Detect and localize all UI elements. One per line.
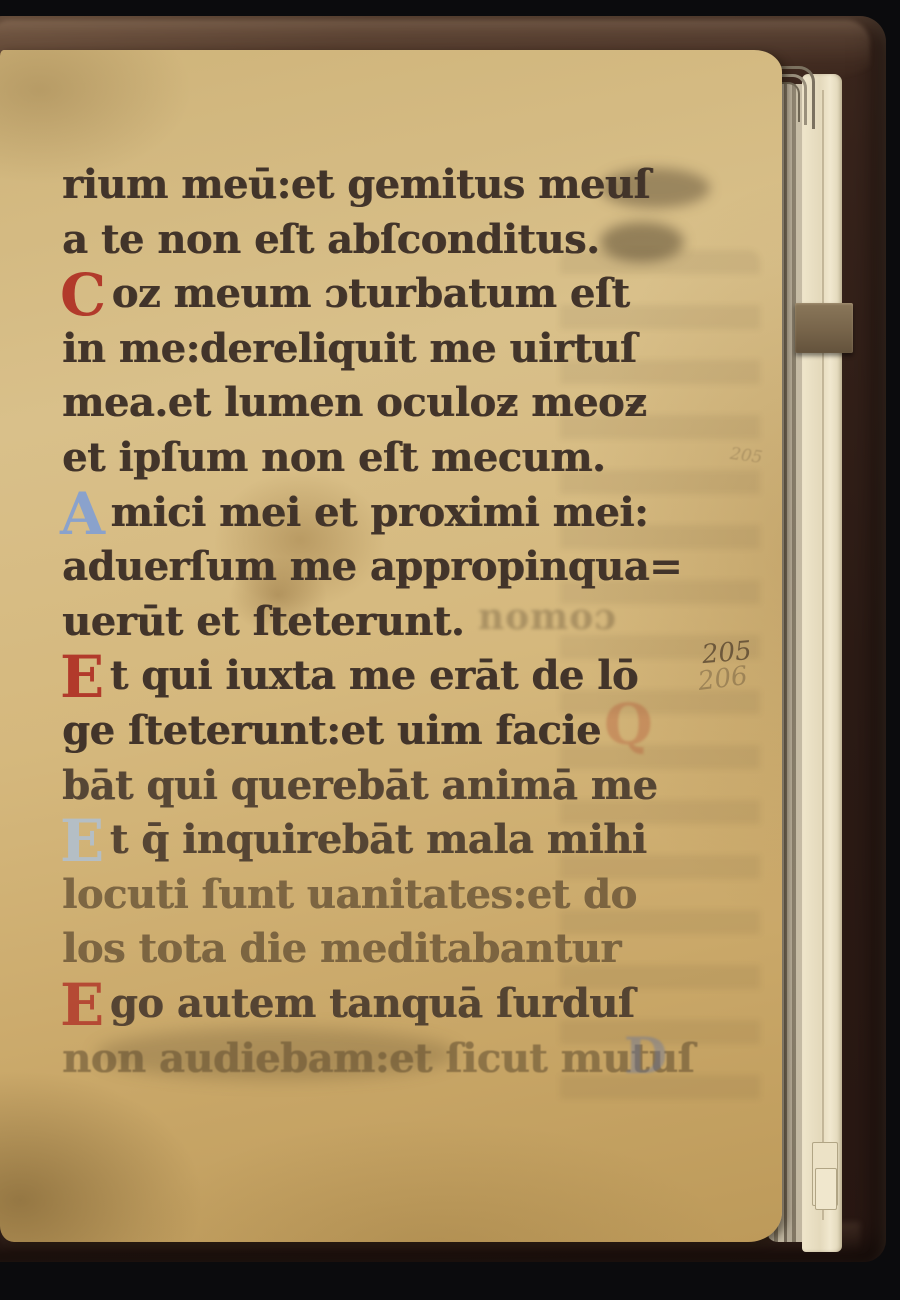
illuminated-initial-pale-blue: E <box>60 819 104 863</box>
line-text: oz meum ɔturbatum eſt <box>112 270 630 317</box>
line-text: bāt qui querebāt animā me <box>62 762 657 809</box>
line-text: go autem tanquā ſurduſ <box>110 980 635 1027</box>
text-line: a te non eſt abſconditus. <box>62 213 762 268</box>
text-line: ge ſteterunt:et uim facie <box>62 704 762 759</box>
line-text: t qui iuxta me erāt de lō <box>110 652 638 699</box>
line-text: non audiebam:et ſicut mutuſ <box>62 1035 694 1082</box>
text-line: mea.et lumen oculoƶ meoƶ <box>62 376 762 431</box>
text-line: locuti ſunt uanitates:et do <box>62 868 762 923</box>
text-line: los tota die meditabantur <box>62 922 762 977</box>
show-through-red-letter: Q <box>604 692 653 758</box>
illuminated-initial-red: E <box>60 983 104 1027</box>
text-line: aduerſum me appropinqua= <box>62 540 762 595</box>
line-text: ge ſteterunt:et uim facie <box>62 707 601 754</box>
paper-slip-inner <box>815 1168 837 1210</box>
line-text: rium meū:et gemitus meuſ <box>62 161 650 208</box>
line-text: locuti ſunt uanitates:et do <box>62 871 637 918</box>
line-text: in me:dereliquit me uirtuſ <box>62 325 637 372</box>
line-text: a te non eſt abſconditus. <box>62 216 599 263</box>
text-line: Ego autem tanquā ſurduſ <box>62 977 762 1032</box>
line-text: mea.et lumen oculoƶ meoƶ <box>62 379 646 426</box>
text-line: rium meū:et gemitus meuſ <box>62 158 762 213</box>
text-line: Amici mei et proximi mei: <box>62 486 762 541</box>
text-line: uerūt et ſteterunt. <box>62 595 762 650</box>
text-line: Et qui iuxta me erāt de lō <box>62 649 762 704</box>
line-text: et ipſum non eſt mecum. <box>62 434 605 481</box>
illuminated-initial-blue: A <box>60 492 105 536</box>
show-through-text: nomoɔ <box>478 596 617 638</box>
bookmark-tab <box>795 303 853 353</box>
text-line: et ipſum non eſt mecum. <box>62 431 762 486</box>
folio-number-show-through: 205 <box>729 444 764 468</box>
line-text: uerūt et ſteterunt. <box>62 598 464 645</box>
show-through-blue-letter: D <box>624 1026 667 1085</box>
illuminated-initial-red: C <box>60 273 106 317</box>
line-text: los tota die meditabantur <box>62 925 621 972</box>
illuminated-initial-red: E <box>60 655 104 699</box>
line-text: t q̄ inquirebāt mala mihi <box>110 816 647 863</box>
folio-number-annotation-faint: 206 <box>696 661 749 697</box>
line-text: mici mei et proximi mei: <box>111 489 649 536</box>
text-line: in me:dereliquit me uirtuſ <box>62 322 762 377</box>
flyleaf-edge-line <box>822 90 824 1220</box>
text-line: Et q̄ inquirebāt mala mihi <box>62 813 762 868</box>
text-line: bāt qui querebāt animā me <box>62 759 762 814</box>
line-text: aduerſum me appropinqua= <box>62 543 682 590</box>
text-line: Coz meum ɔturbatum eſt <box>62 267 762 322</box>
text-block: rium meū:et gemitus meuſ a te non eſt ab… <box>62 158 762 1086</box>
